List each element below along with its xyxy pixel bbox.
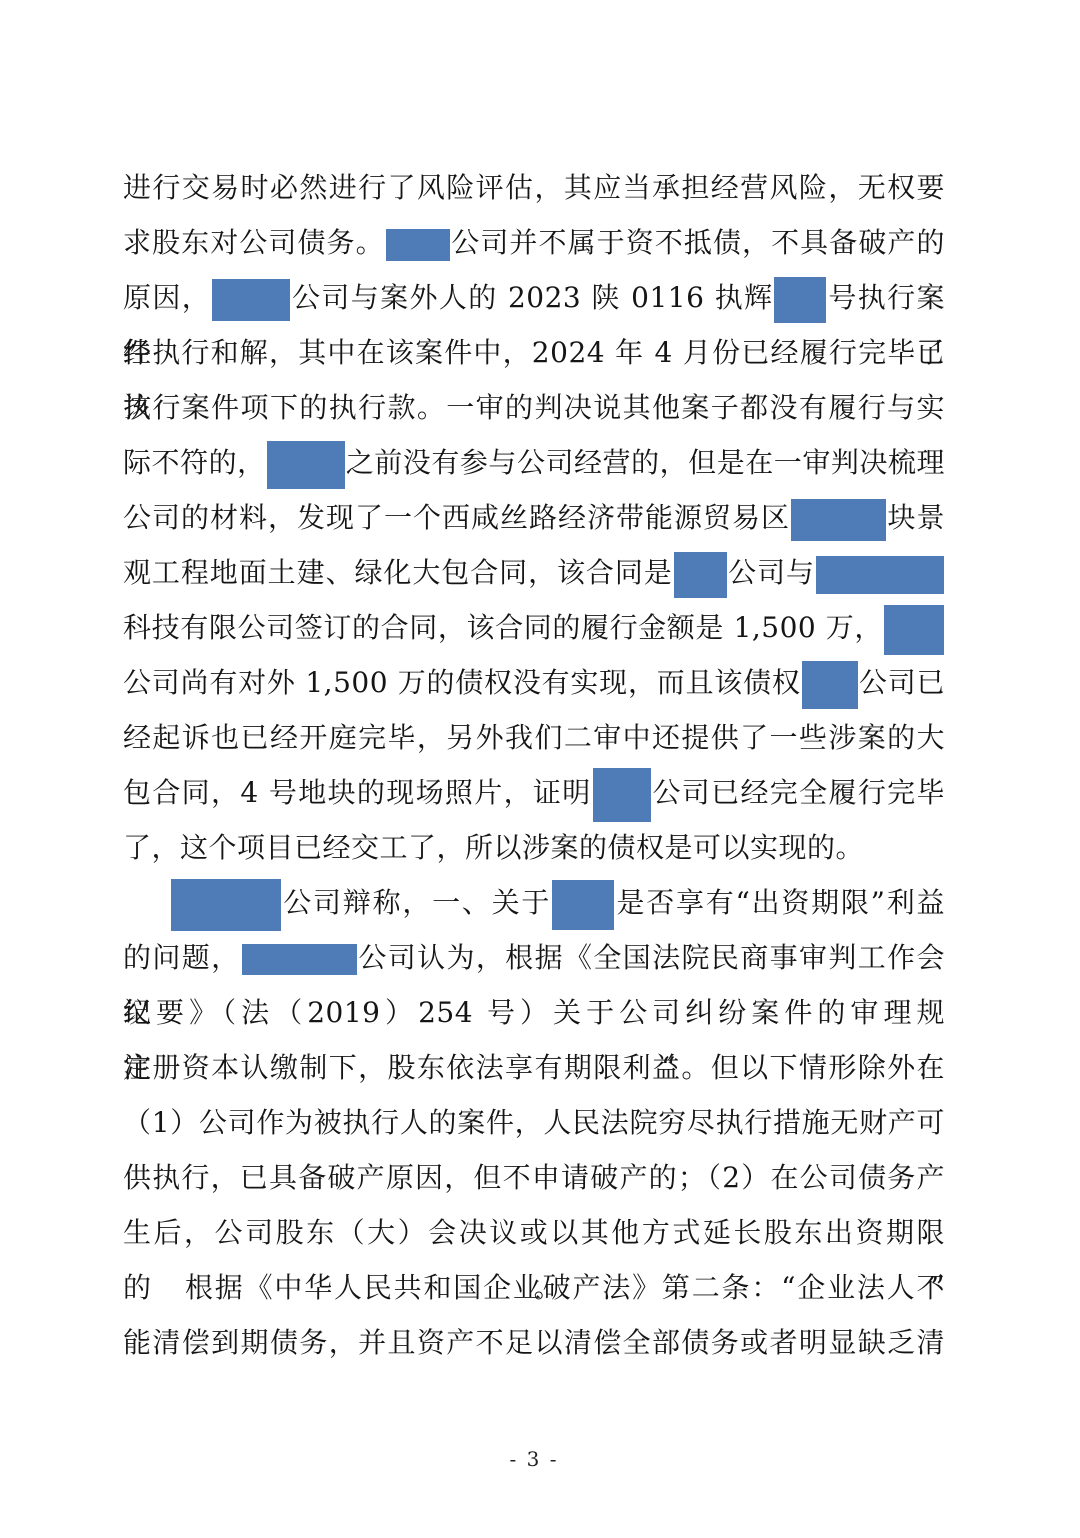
text-run: 际不符的， <box>123 446 266 479</box>
text-run: 执行案件项下的执行款。一审的判决说其他案子都没有履行与实 <box>123 391 945 424</box>
text-line: 原因，公司与案外人的 2023 陕 0116 执辉号执行案件已 <box>123 270 945 325</box>
text-line: 公司尚有对外 1,500 万的债权没有实现，而且该债权公司已 <box>123 655 945 710</box>
redaction-box <box>267 441 345 489</box>
text-run: 了，这个项目已经交工了，所以涉案的债权是可以实现的。 <box>123 831 864 864</box>
text-run: 科技有限公司签订的合同，该合同的履行金额是 1,500 万， <box>123 611 883 644</box>
text-line: 能清偿到期债务，并且资产不足以清偿全部债务或者明显缺乏清 <box>123 1315 945 1370</box>
text-run: 根据《中华人民共和国企业破产法》第二条：“企业法人不 <box>185 1271 945 1304</box>
text-run: 能清偿到期债务，并且资产不足以清偿全部债务或者明显缺乏清 <box>123 1326 945 1359</box>
text-line: 观工程地面土建、绿化大包合同，该合同是公司与 <box>123 545 945 600</box>
text-line: （1）公司作为被执行人的案件，人民法院穷尽执行措施无财产可 <box>123 1095 945 1150</box>
text-run: 公司已 <box>859 666 945 699</box>
text-run: 经起诉也已经开庭完毕，另外我们二审中还提供了一些涉案的大 <box>123 721 945 754</box>
text-line: 执行案件项下的执行款。一审的判决说其他案子都没有履行与实 <box>123 380 945 435</box>
text-run: 之前没有参与公司经营的，但是在一审判决梳理 <box>346 446 945 479</box>
text-run: 公司与 <box>728 556 815 589</box>
redaction-box <box>386 229 450 261</box>
redaction-box <box>593 768 651 822</box>
redaction-box <box>552 880 614 930</box>
redaction-box <box>242 944 357 975</box>
text-line: 公司的材料，发现了一个西咸丝路经济带能源贸易区块景 <box>123 490 945 545</box>
text-run: 公司辩称，一、关于 <box>282 886 551 919</box>
text-run: 块景 <box>887 501 945 534</box>
redaction-box <box>884 605 944 655</box>
redaction-box <box>816 556 944 594</box>
redaction-box <box>674 552 727 598</box>
text-line: 纪要》（法（2019）254 号）关于公司纠纷案件的审理规定：“在 <box>123 985 945 1040</box>
text-run: 注册资本认缴制下，股东依法享有期限利益。但以下情形除外： <box>123 1051 945 1084</box>
text-line: 生后，公司股东（大）会决议或以其他方式延长股东出资期限的。” <box>123 1205 945 1260</box>
text-run: （1）公司作为被执行人的案件，人民法院穷尽执行措施无财产可 <box>123 1106 945 1139</box>
document-page: 进行交易时必然进行了风险评估，其应当承担经营风险，无权要求股东对公司债务。公司并… <box>0 0 1080 1538</box>
text-line: 进行交易时必然进行了风险评估，其应当承担经营风险，无权要 <box>123 160 945 215</box>
text-line: 际不符的，之前没有参与公司经营的，但是在一审判决梳理 <box>123 435 945 490</box>
page-number: - 3 - <box>123 1444 945 1474</box>
text-line: 经执行和解，其中在该案件中，2024 年 4 月份已经履行完毕了该 <box>123 325 945 380</box>
text-line: 的问题，公司认为，根据《全国法院民商事审判工作会议 <box>123 930 945 985</box>
document-body: 进行交易时必然进行了风险评估，其应当承担经营风险，无权要求股东对公司债务。公司并… <box>123 160 945 1370</box>
text-run: 原因， <box>123 281 211 314</box>
text-run: 的问题， <box>123 941 241 974</box>
text-run: 公司与案外人的 2023 陕 0116 执辉 <box>291 281 773 314</box>
text-line: 注册资本认缴制下，股东依法享有期限利益。但以下情形除外： <box>123 1040 945 1095</box>
text-line: 求股东对公司债务。公司并不属于资不抵债，不具备破产的 <box>123 215 945 270</box>
redaction-box <box>774 277 826 323</box>
text-run: 公司已经完全履行完毕 <box>652 776 945 809</box>
text-run: 求股东对公司债务。 <box>123 226 385 259</box>
text-run: 供执行，已具备破产原因，但不申请破产的；（2）在公司债务产 <box>123 1161 945 1194</box>
text-run: 公司并不属于资不抵债，不具备破产的 <box>451 226 945 259</box>
redaction-box <box>802 661 858 709</box>
text-run: 公司尚有对外 1,500 万的债权没有实现，而且该债权 <box>123 666 801 699</box>
text-line: 了，这个项目已经交工了，所以涉案的债权是可以实现的。 <box>123 820 945 875</box>
text-line: 包合同，4 号地块的现场照片，证明公司已经完全履行完毕 <box>123 765 945 820</box>
text-line: 供执行，已具备破产原因，但不申请破产的；（2）在公司债务产 <box>123 1150 945 1205</box>
redaction-box <box>791 499 886 541</box>
text-run: 包合同，4 号地块的现场照片，证明 <box>123 776 592 809</box>
text-run: 公司的材料，发现了一个西咸丝路经济带能源贸易区 <box>123 501 790 534</box>
text-line: 公司辩称，一、关于是否享有“出资期限”利益 <box>123 875 945 930</box>
text-run: 进行交易时必然进行了风险评估，其应当承担经营风险，无权要 <box>123 171 945 204</box>
text-run: 是否享有“出资期限”利益 <box>615 886 945 919</box>
redaction-box <box>171 879 281 931</box>
text-line: 科技有限公司签订的合同，该合同的履行金额是 1,500 万， <box>123 600 945 655</box>
text-line: 根据《中华人民共和国企业破产法》第二条：“企业法人不 <box>123 1260 945 1315</box>
redaction-box <box>212 279 290 321</box>
text-run: 观工程地面土建、绿化大包合同，该合同是 <box>123 556 673 589</box>
text-line: 经起诉也已经开庭完毕，另外我们二审中还提供了一些涉案的大 <box>123 710 945 765</box>
